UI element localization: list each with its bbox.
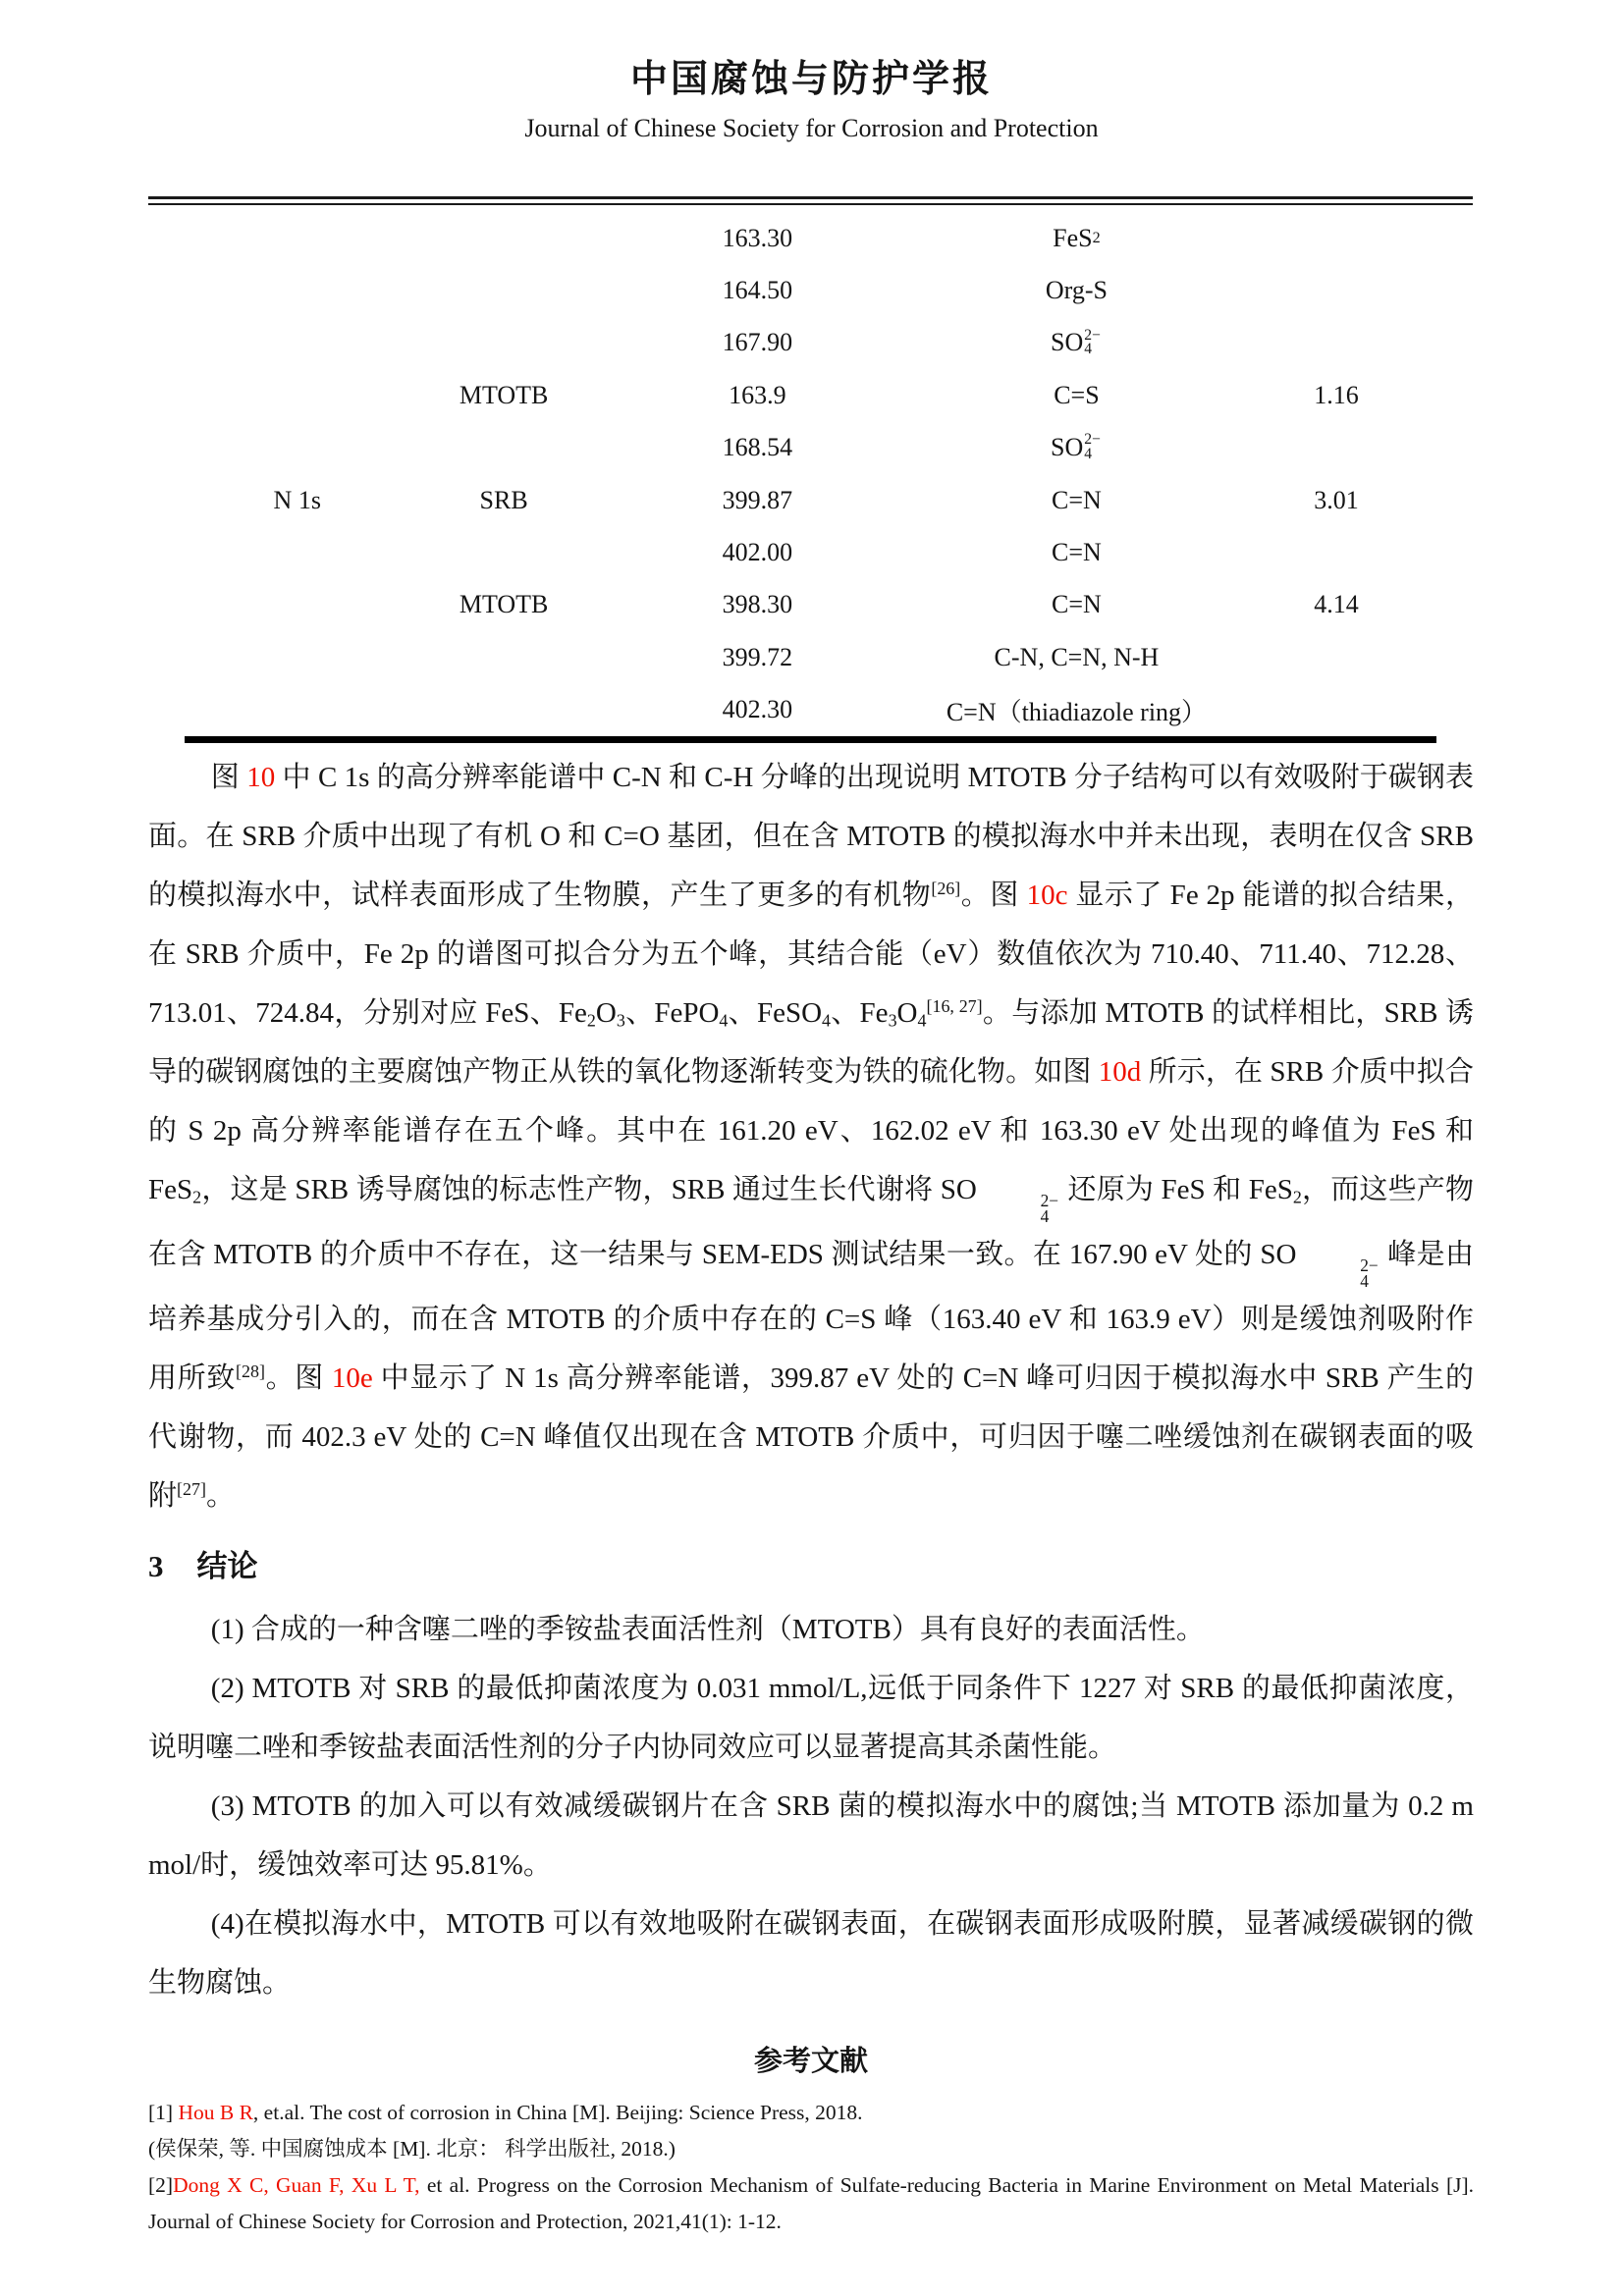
table-cell: SO2−4 — [917, 317, 1236, 369]
table-cell: 164.50 — [598, 264, 917, 316]
reference-entry-cn: (侯保荣, 等. 中国腐蚀成本 [M]. 北京： 科学出版社, 2018.) — [148, 2131, 1474, 2167]
table-cell — [1236, 631, 1436, 683]
table-row: MTOTB163.9C=S1.16 — [185, 369, 1436, 421]
journal-header: 中国腐蚀与防护学报 Journal of Chinese Society for… — [0, 57, 1623, 145]
table-cell: FeS2 — [917, 212, 1236, 264]
table-cell: C=N — [917, 474, 1236, 526]
header-rule — [148, 196, 1473, 205]
table-cell: Org-S — [917, 264, 1236, 316]
table-row: 167.90SO2−4 — [185, 317, 1436, 369]
table-cell — [1236, 264, 1436, 316]
table-cell — [185, 579, 410, 631]
table-cell: SRB — [410, 474, 598, 526]
table-cell: C=N — [917, 526, 1236, 578]
table-cell — [410, 684, 598, 736]
conclusion-item-2: (2) MTOTB 对 SRB 的最低抑菌浓度为 0.031 mmol/L,远低… — [148, 1659, 1474, 1777]
table-cell — [185, 631, 410, 683]
table-cell — [185, 317, 410, 369]
table-row: N 1sSRB399.87C=N3.01 — [185, 474, 1436, 526]
table-cell — [410, 264, 598, 316]
table-row: 168.54SO2−4 — [185, 422, 1436, 474]
table-cell — [1236, 526, 1436, 578]
table-cell — [1236, 317, 1436, 369]
xps-table: 163.30FeS2164.50Org-S167.90SO2−4MTOTB163… — [185, 212, 1436, 743]
table-row: 164.50Org-S — [185, 264, 1436, 316]
table-cell: 168.54 — [598, 422, 917, 474]
body-paragraph: 图 10 中 C 1s 的高分辨率能谱中 C-N 和 C-H 分峰的出现说明 M… — [148, 748, 1474, 1525]
table-cell: MTOTB — [410, 579, 598, 631]
table-cell: C=S — [917, 369, 1236, 421]
table-cell: 163.30 — [598, 212, 917, 264]
table-cell — [410, 526, 598, 578]
table-cell: 163.9 — [598, 369, 917, 421]
table-cell — [410, 212, 598, 264]
table-cell: 399.72 — [598, 631, 917, 683]
table-cell: SO2−4 — [917, 422, 1236, 474]
table-cell — [185, 684, 410, 736]
table-row: 402.00C=N — [185, 526, 1436, 578]
table-row: MTOTB398.30C=N4.14 — [185, 579, 1436, 631]
table-cell — [410, 631, 598, 683]
reference-entry: [2]Dong X C, Guan F, Xu L T, et al. Prog… — [148, 2167, 1474, 2240]
page: 中国腐蚀与防护学报 Journal of Chinese Society for… — [0, 0, 1623, 2296]
table-cell: 167.90 — [598, 317, 917, 369]
reference-entry: [1] Hou B R, et.al. The cost of corrosio… — [148, 2095, 1474, 2131]
table-cell — [185, 212, 410, 264]
journal-title-en: Journal of Chinese Society for Corrosion… — [0, 112, 1623, 145]
table-cell: 402.00 — [598, 526, 917, 578]
table-cell — [1236, 212, 1436, 264]
table-cell — [410, 317, 598, 369]
table-cell: MTOTB — [410, 369, 598, 421]
table-cell — [185, 369, 410, 421]
conclusion-item-3: (3) MTOTB 的加入可以有效减缓碳钢片在含 SRB 菌的模拟海水中的腐蚀;… — [148, 1777, 1474, 1895]
table-cell: 3.01 — [1236, 474, 1436, 526]
xps-table-body: 163.30FeS2164.50Org-S167.90SO2−4MTOTB163… — [185, 212, 1436, 736]
table-cell — [185, 264, 410, 316]
table-cell: 398.30 — [598, 579, 917, 631]
table-row: 402.30C=N（thiadiazole ring） — [185, 684, 1436, 736]
conclusion-section-number: 3 — [148, 1549, 164, 1583]
table-cell: 4.14 — [1236, 579, 1436, 631]
table-cell — [185, 526, 410, 578]
table-cell — [185, 422, 410, 474]
page-content: 图 10 中 C 1s 的高分辨率能谱中 C-N 和 C-H 分峰的出现说明 M… — [148, 748, 1474, 2240]
table-cell: 1.16 — [1236, 369, 1436, 421]
journal-title-cn: 中国腐蚀与防护学报 — [0, 57, 1623, 102]
table-cell — [1236, 422, 1436, 474]
table-cell: 399.87 — [598, 474, 917, 526]
conclusion-item-4: (4)在模拟海水中，MTOTB 可以有效地吸附在碳钢表面，在碳钢表面形成吸附膜，… — [148, 1895, 1474, 2012]
table-cell: N 1s — [185, 474, 410, 526]
conclusion-item-1: (1) 合成的一种含噻二唑的季铵盐表面活性剂（MTOTB）具有良好的表面活性。 — [148, 1600, 1474, 1659]
table-cell: C-N, C=N, N-H — [917, 631, 1236, 683]
conclusion-heading: 3结论 — [148, 1541, 1474, 1592]
table-cell: 402.30 — [598, 684, 917, 736]
table-cell: C=N（thiadiazole ring） — [917, 684, 1236, 736]
table-cell — [410, 422, 598, 474]
references-heading: 参考文献 — [148, 2040, 1474, 2083]
conclusion-section-title: 结论 — [197, 1549, 258, 1583]
table-row: 163.30FeS2 — [185, 212, 1436, 264]
table-row: 399.72C-N, C=N, N-H — [185, 631, 1436, 683]
table-cell — [1236, 684, 1436, 736]
table-cell: C=N — [917, 579, 1236, 631]
